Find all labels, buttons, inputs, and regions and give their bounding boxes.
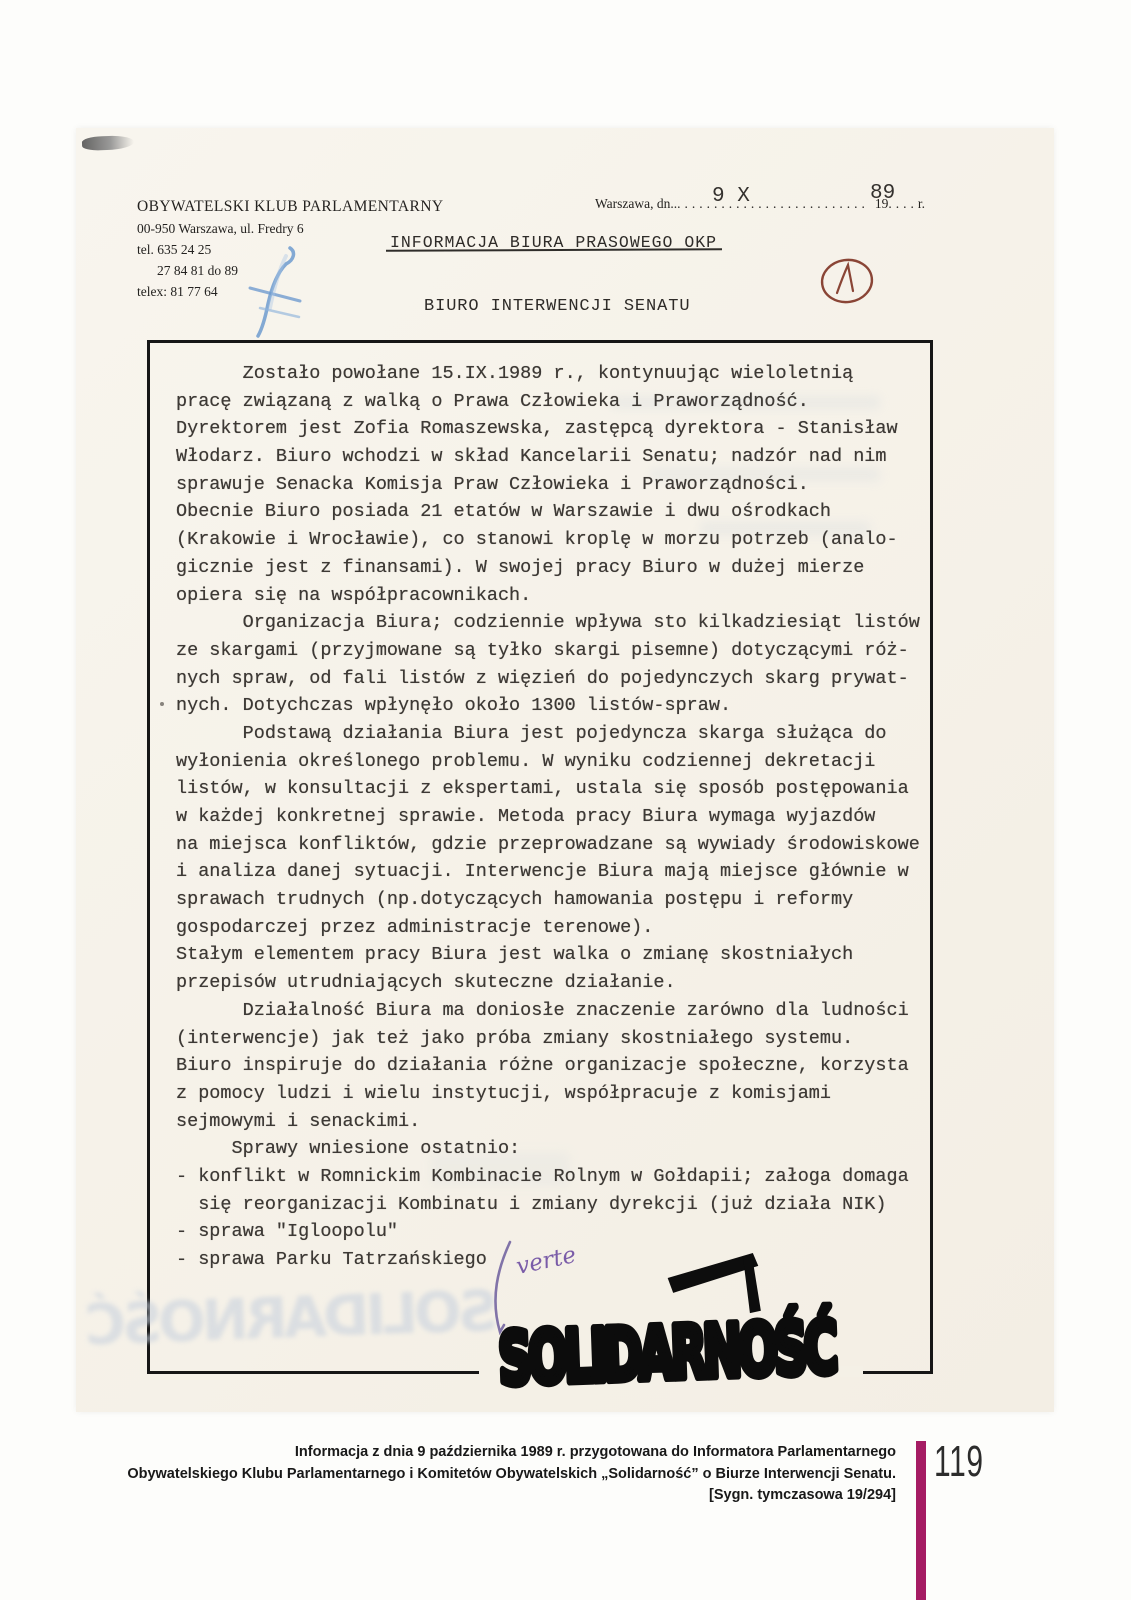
body-line: (Krakowie i Wrocławie), co stanowi kropl… <box>176 526 928 554</box>
body-line: Włodarz. Biuro wchodzi w skład Kancelari… <box>176 443 928 471</box>
body-line: (interwencje) jak też jako próba zmiany … <box>176 1025 928 1053</box>
body-line: Obecnie Biuro posiada 21 etatów w Warsza… <box>176 498 928 526</box>
body-line: - sprawa "Igloopolu" <box>176 1218 928 1246</box>
ghost-stamp-bleed: SOLIDARNOŚĆ <box>197 1279 499 1354</box>
page-number: 119 <box>934 1437 984 1487</box>
stamp-flagpole-icon <box>743 1255 761 1314</box>
body-line: listów, w konsultacji z ekspertami, usta… <box>176 775 928 803</box>
body-line: sejmowymi i senackimi. <box>176 1108 928 1136</box>
body-line: pracę związaną z walką o Prawa Człowieka… <box>176 388 928 416</box>
body-line: ze skargami (przyjmowane są tyłko skargi… <box>176 637 928 665</box>
typed-date-day: 9 X <box>712 185 750 208</box>
body-line: Dyrektorem jest Zofia Romaszewska, zastę… <box>176 415 928 443</box>
document-subtitle: BIURO INTERWENCJI SENATU <box>424 297 690 316</box>
body-line: sprawach trudnych (np.dotyczących hamowa… <box>176 886 928 914</box>
stray-ink-dot <box>160 702 164 706</box>
stamp-text: SOLIDARNOŚĆ <box>497 1305 837 1400</box>
body-line: Podstawą działania Biura jest pojedyncza… <box>176 720 928 748</box>
caption-line-2: Obywatelskiego Klubu Parlamentarnego i K… <box>100 1464 896 1486</box>
org-name: OBYWATELSKI KLUB PARLAMENTARNY <box>137 198 443 216</box>
body-line: Stałym elementem pracy Biura jest walka … <box>176 941 928 969</box>
body-line: na miejsca konfliktów, gdzie przeprowadz… <box>176 831 928 859</box>
body-line: z pomocy ludzi i wielu instytucji, współ… <box>176 1080 928 1108</box>
body-line: i analiza danej sytuacji. Interwencje Bi… <box>176 858 928 886</box>
body-line: nych. Dotychczas wpłynęło około 1300 lis… <box>176 692 928 720</box>
body-line: sprawuje Senacka Komisja Praw Człowieka … <box>176 471 928 499</box>
body-line: gicznie jest z finansami). W swojej prac… <box>176 554 928 582</box>
verte-arrow-stroke <box>478 1240 522 1340</box>
body-line: Sprawy wniesione ostatnio: <box>176 1135 928 1163</box>
blue-pencil-mark <box>238 238 318 348</box>
page-number-accent-bar <box>916 1441 926 1600</box>
body-line: w każdej konkretnej sprawie. Metoda prac… <box>176 803 928 831</box>
caption-signature: [Sygn. tymczasowa 19/294] <box>100 1485 896 1507</box>
body-line: Biuro inspiruje do działania różne organ… <box>176 1052 928 1080</box>
body-line: Zostało powołane 15.IX.1989 r., kontynuu… <box>176 360 928 388</box>
dateline-dots: .......................... <box>677 196 875 212</box>
circled-page-mark: 1 <box>818 256 878 308</box>
typewritten-body: Zostało powołane 15.IX.1989 r., kontynuu… <box>176 360 928 1274</box>
body-line: Działalność Biura ma doniosłe znaczenie … <box>176 997 928 1025</box>
dateline-suffix: r. <box>918 196 925 212</box>
body-line: nych spraw, od fali listów z więzień do … <box>176 665 928 693</box>
dateline-prefix: Warszawa, dn.. <box>595 196 677 212</box>
body-line: gospodarczej przez administracje terenow… <box>176 914 928 942</box>
typed-date-year: 89 <box>870 182 895 205</box>
caption-line-1: Informacja z dnia 9 października 1989 r.… <box>100 1442 896 1464</box>
body-line: opiera się na współpracownikach. <box>176 582 928 610</box>
archive-caption: Informacja z dnia 9 października 1989 r.… <box>100 1442 896 1507</box>
document-scan: OBYWATELSKI KLUB PARLAMENTARNY 00-950 Wa… <box>0 0 1131 1600</box>
body-line: wyłonienia określonego problemu. W wynik… <box>176 748 928 776</box>
body-line: przepisów utrudniających skuteczne dział… <box>176 969 928 997</box>
body-line: Organizacja Biura; codziennie wpływa sto… <box>176 609 928 637</box>
body-line: - konflikt w Romnickim Kombinacie Rolnym… <box>176 1163 928 1191</box>
body-line: się reorganizacji Kombinatu i zmiany dyr… <box>176 1191 928 1219</box>
